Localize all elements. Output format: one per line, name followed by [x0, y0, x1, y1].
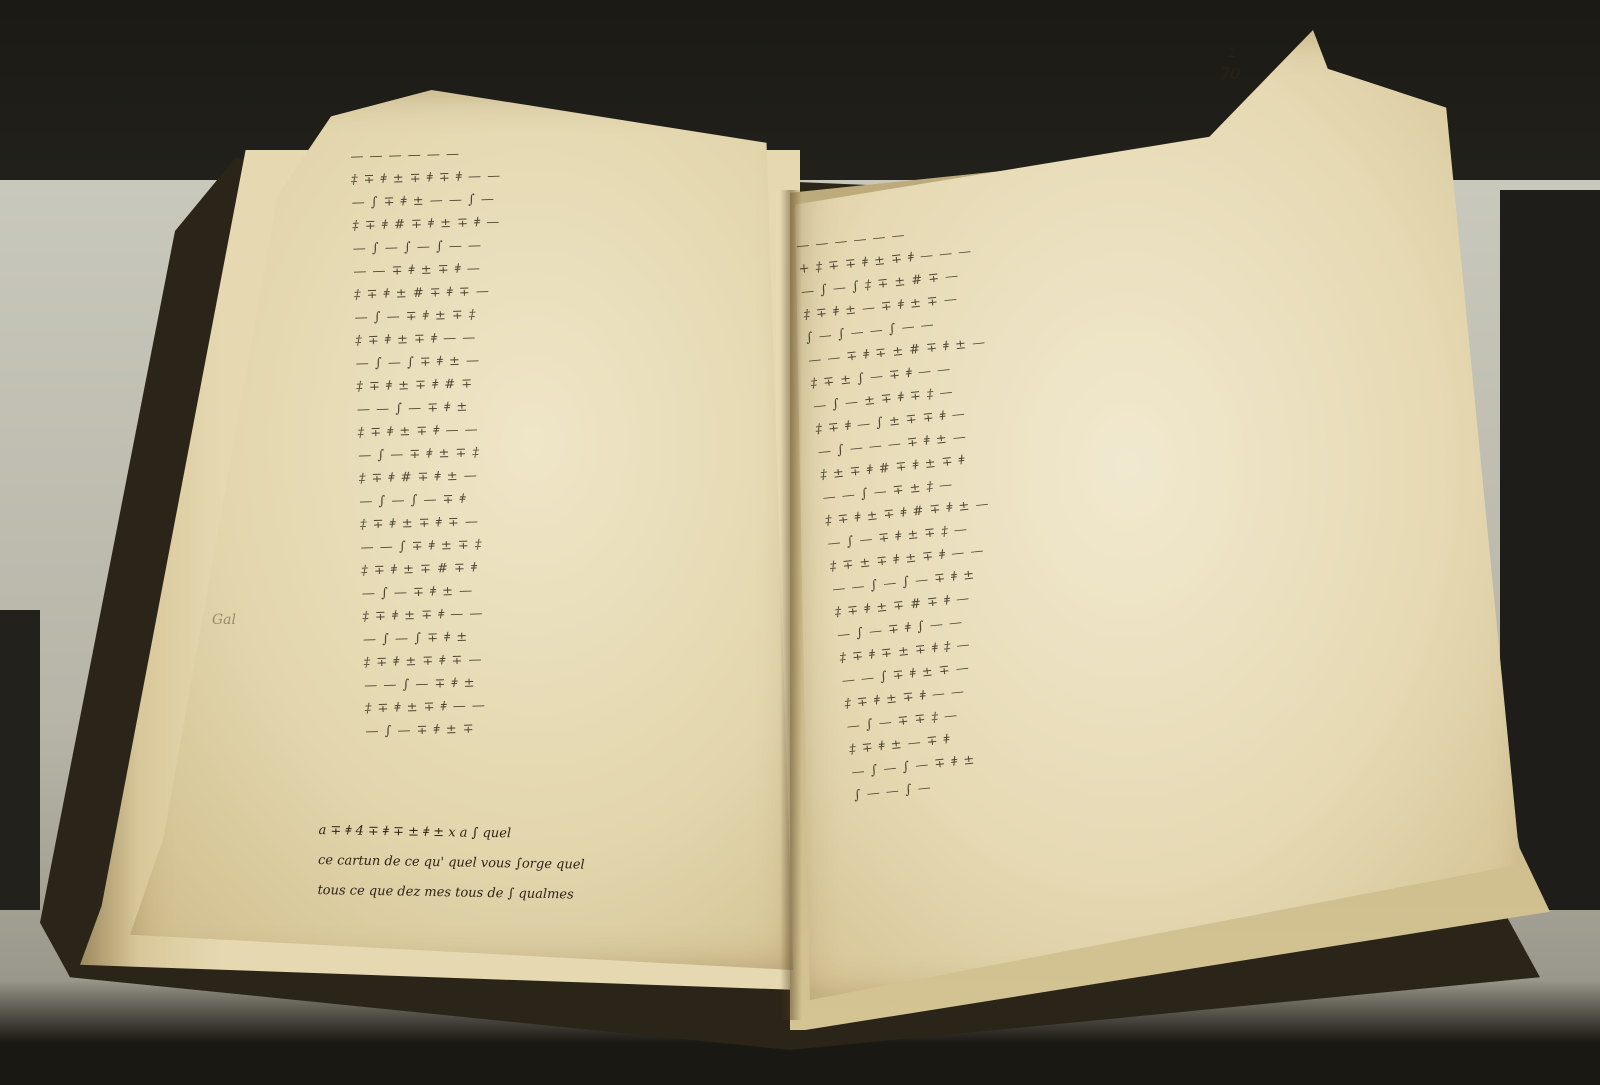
- folio-mark: 2: [1228, 46, 1236, 60]
- right-page-cipher-text: — — — — — — + ‡ ∓ ∓ ǂ ± ∓ ǂ — — — — ∫ — …: [795, 168, 1505, 931]
- left-display-post: [0, 610, 40, 910]
- folio-number: 70: [1220, 64, 1240, 83]
- left-page-bottom-text: a ∓ ǂ 4 ∓ ǂ ∓ ± ǂ ± x a ∫ quel ce cartun…: [317, 816, 779, 914]
- margin-note: Gal: [212, 612, 236, 628]
- book-gutter: [780, 190, 802, 1020]
- left-page-cipher-text: — — — — — — ‡ ∓ ǂ ± ∓ ǂ ∓ ǂ — — — ∫ ∓ ǂ …: [350, 135, 790, 906]
- right-display-post: [1500, 190, 1600, 910]
